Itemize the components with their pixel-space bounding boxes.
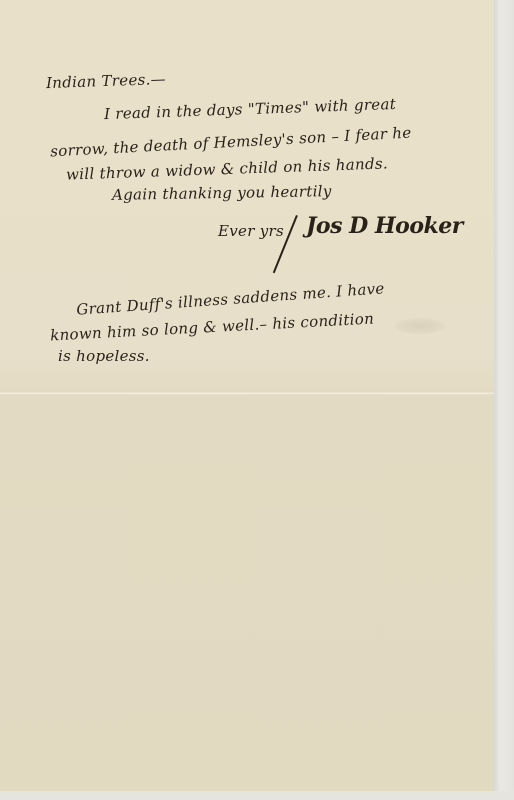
letter-sheet: Indian Trees.— I read in the days "Times… (0, 0, 494, 791)
letter-line: I read in the days "Times" with great (104, 95, 397, 123)
document-viewport: Indian Trees.— I read in the days "Times… (0, 0, 514, 800)
letter-line: Again thanking you heartily (112, 182, 332, 204)
letter-heading: Indian Trees.— (46, 70, 167, 92)
letter-line: will throw a widow & child on his hands. (66, 154, 388, 183)
fold-line (0, 392, 494, 395)
mount-edge-bottom (0, 791, 514, 800)
mount-edge-right (494, 0, 514, 800)
postscript-line: is hopeless. (58, 347, 150, 365)
letter-closing: Ever yrs (218, 222, 284, 240)
paper-stain (395, 318, 445, 334)
signature: Jos D Hooker (306, 213, 463, 239)
